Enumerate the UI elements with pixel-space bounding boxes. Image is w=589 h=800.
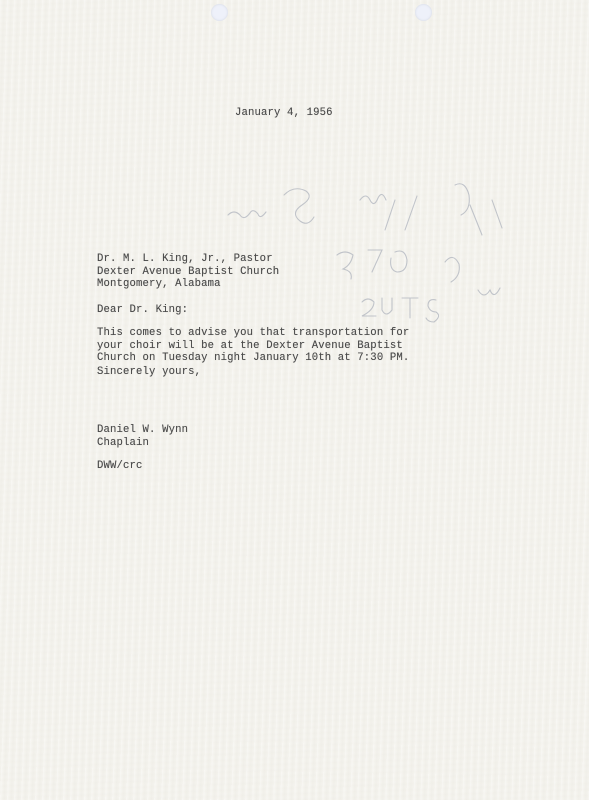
letter-body: This comes to advise you that transporta… bbox=[97, 327, 409, 365]
pencil-annotation-icon bbox=[0, 0, 589, 800]
signer-name: Daniel W. Wynn bbox=[97, 424, 188, 436]
recipient-address: Dr. M. L. King, Jr., Pastor Dexter Avenu… bbox=[97, 253, 279, 291]
recipient-line-2: Dexter Avenue Baptist Church bbox=[97, 266, 279, 278]
recipient-line-3: Montgomery, Alabama bbox=[97, 278, 221, 290]
signature-block: Daniel W. Wynn Chaplain bbox=[97, 424, 188, 449]
body-line-3: Church on Tuesday night January 10th at … bbox=[97, 352, 409, 364]
closing: Sincerely yours, bbox=[97, 366, 201, 379]
letter-date: January 4, 1956 bbox=[235, 107, 333, 120]
letter-page: January 4, 1956 Dr. M. L. King, Jr., Pas… bbox=[0, 0, 589, 800]
reference-initials: DWW/crc bbox=[97, 460, 143, 473]
body-line-2: your choir will be at the Dexter Avenue … bbox=[97, 340, 403, 352]
hole-punch-left bbox=[211, 4, 228, 21]
body-line-1: This comes to advise you that transporta… bbox=[97, 327, 409, 339]
recipient-line-1: Dr. M. L. King, Jr., Pastor bbox=[97, 253, 273, 265]
salutation: Dear Dr. King: bbox=[97, 304, 188, 317]
hole-punch-right bbox=[415, 4, 432, 21]
signer-title: Chaplain bbox=[97, 437, 149, 449]
